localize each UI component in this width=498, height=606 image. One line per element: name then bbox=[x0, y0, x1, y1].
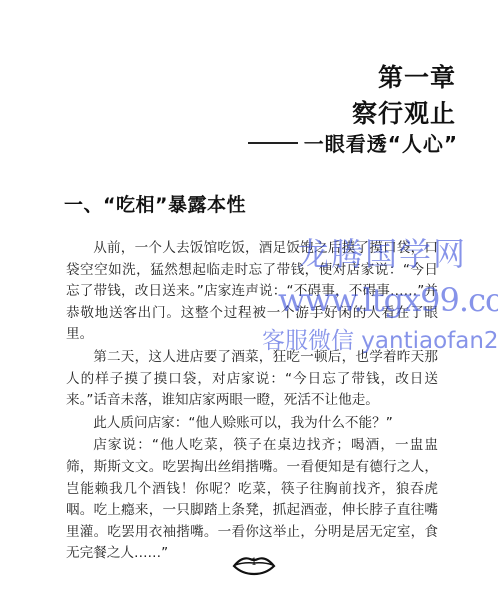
em-dash-rule bbox=[248, 142, 298, 144]
chapter-number: 第一章 bbox=[378, 58, 456, 94]
page-number-badge: 1 bbox=[232, 553, 276, 577]
paragraph: 此人质问店家：“他人赊账可以，我为什么不能？” bbox=[66, 413, 438, 435]
paragraph: 第二天，这人进店要了酒菜，狂吃一顿后，也学着昨天那人的样子摸了摸口袋，对店家说：… bbox=[66, 347, 438, 412]
page-number: 1 bbox=[232, 557, 276, 568]
watermark-site-name: 龙腾国学网 bbox=[297, 229, 467, 275]
chapter-subtitle-row: 一眼看透“人心” bbox=[248, 128, 458, 157]
watermark-url: www.ltgx99.com bbox=[278, 281, 498, 319]
chapter-subtitle: 一眼看透“人心” bbox=[304, 128, 458, 157]
section-heading: 一、“吃相”暴露本性 bbox=[64, 190, 246, 217]
chapter-title: 察行观止 bbox=[352, 94, 456, 130]
paragraph: 店家说：“他人吃菜，筷子在桌边找齐；喝酒，一盅盅筛，斯斯文文。吃罢掏出丝绢揩嘴。… bbox=[66, 435, 438, 565]
watermark-contact: 客服微信 yantiaofan225 bbox=[262, 322, 498, 355]
